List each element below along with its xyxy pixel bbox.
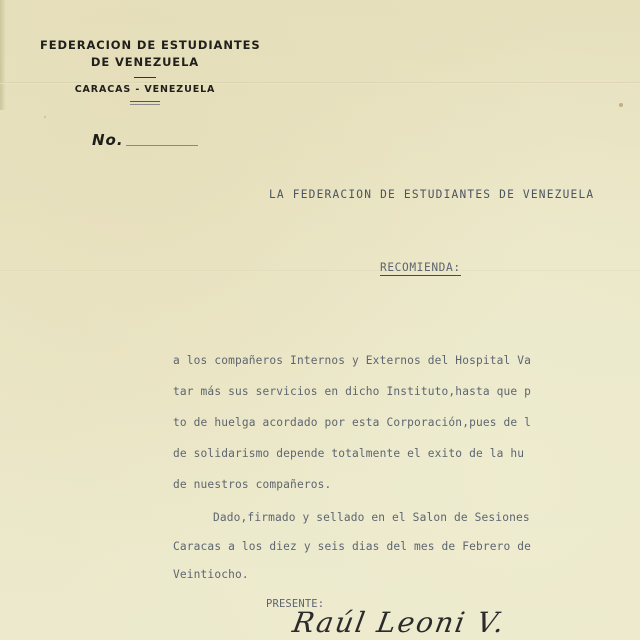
handwritten-signature: Raúl Leoni V.: [290, 606, 508, 639]
closing-line: Caracas a los diez y seis dias del mes d…: [173, 540, 531, 553]
paper-stain: [619, 103, 623, 107]
body-line: to de huelga acordado por esta Corporaci…: [173, 416, 531, 429]
body-line: de solidarismo depende totalmente el exi…: [173, 447, 524, 460]
org-name-line1: FEDERACION DE ESTUDIANTES: [40, 38, 250, 52]
body-line: de nuestros compañeros.: [173, 478, 331, 491]
closing-line: Veintiocho.: [173, 568, 249, 581]
paper-stain: [44, 116, 46, 118]
number-blank-line: [126, 145, 198, 146]
document-paper: FEDERACION DE ESTUDIANTES DE VENEZUELA C…: [0, 0, 640, 640]
letterhead-divider: [130, 101, 160, 105]
body-line: a los compañeros Internos y Externos del…: [173, 354, 531, 367]
body-line: tar más sus servicios en dicho Instituto…: [173, 385, 531, 398]
org-name-line2: DE VENEZUELA: [40, 55, 250, 69]
document-number-field: No.: [92, 131, 198, 149]
document-heading: LA FEDERACION DE ESTUDIANTES DE VENEZUEL…: [269, 188, 594, 201]
closing-line: Dado,firmado y sellado en el Salon de Se…: [213, 511, 530, 524]
paper-fold: [0, 270, 640, 272]
number-label: No.: [92, 131, 124, 149]
org-city: CARACAS - VENEZUELA: [40, 84, 250, 95]
letterhead-divider: [134, 77, 156, 78]
letterhead: FEDERACION DE ESTUDIANTES DE VENEZUELA C…: [40, 38, 250, 105]
paper-edge: [0, 0, 6, 110]
document-subheading: RECOMIENDA:: [380, 261, 461, 276]
